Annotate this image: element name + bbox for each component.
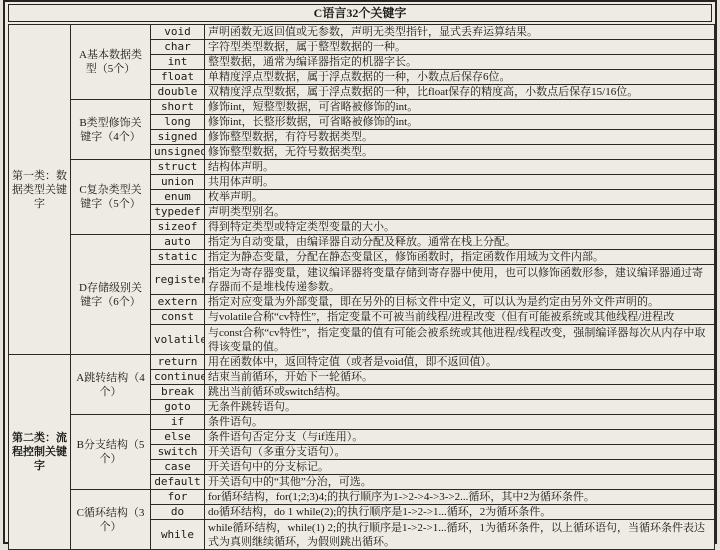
description-cell: 指定为寄存器变量，建议编译器将变量存储到寄存器中使用，也可以修饰函数形参，建议编… <box>205 265 715 295</box>
description-cell: 条件语句否定分支（与if连用）。 <box>205 430 715 445</box>
description-cell: 修饰int，长整形数据，可省略被修饰的int。 <box>205 115 715 130</box>
description-cell: 指定为静态变量，分配在静态变量区，修饰函数时，指定函数作用域为文件内部。 <box>205 250 715 265</box>
keyword-cell: char <box>151 40 205 55</box>
description-cell: 共用体声明。 <box>205 175 715 190</box>
keyword-cell: extern <box>151 295 205 310</box>
description-cell: 跳出当前循环或switch结构。 <box>205 385 715 400</box>
keyword-cell: register <box>151 265 205 295</box>
keyword-cell: else <box>151 430 205 445</box>
keyword-cell: if <box>151 415 205 430</box>
keyword-cell: break <box>151 385 205 400</box>
group-cell: A跳转结构（4个） <box>71 355 151 415</box>
document-page: C语言32个关键字 第一类：数据类型关键字A基本数据类型（5个）void声明函数… <box>3 0 717 544</box>
keyword-cell: do <box>151 505 205 520</box>
description-cell: for循环结构，for(1;2;3)4;的执行顺序为1->2->4->3->2.… <box>205 490 715 505</box>
description-cell: while循环结构，while(1) 2;的执行顺序是1->2->1...循环，… <box>205 520 715 550</box>
description-cell: 枚举声明。 <box>205 190 715 205</box>
description-cell: 结构体声明。 <box>205 160 715 175</box>
keyword-cell: double <box>151 85 205 100</box>
description-cell: 声明函数无返回值或无参数，声明无类型指针，显式丢弃运算结果。 <box>205 25 715 40</box>
keyword-cell: continue <box>151 370 205 385</box>
keyword-cell: static <box>151 250 205 265</box>
keyword-cell: union <box>151 175 205 190</box>
keyword-cell: auto <box>151 235 205 250</box>
table-row: C复杂类型关键字（5个）struct结构体声明。 <box>9 160 715 175</box>
keyword-cell: sizeof <box>151 220 205 235</box>
keyword-cell: float <box>151 70 205 85</box>
description-cell: 修饰整型数据，无符号数据类型。 <box>205 145 715 160</box>
description-cell: 得到特定类型或特定类型变量的大小。 <box>205 220 715 235</box>
description-cell: 指定为自动变量，由编译器自动分配及释放。通常在栈上分配。 <box>205 235 715 250</box>
description-cell: 结束当前循环，开始下一轮循环。 <box>205 370 715 385</box>
keyword-cell: case <box>151 460 205 475</box>
description-cell: 指定对应变量为外部变量，即在另外的目标文件中定义，可以认为是约定由另外文件声明的… <box>205 295 715 310</box>
table-row: D存储级别关键字（6个）auto指定为自动变量，由编译器自动分配及释放。通常在栈… <box>9 235 715 250</box>
keyword-cell: typedef <box>151 205 205 220</box>
description-cell: 双精度浮点型数据，属于浮点数据的一种，比float保存的精度高，小数点后保存15… <box>205 85 715 100</box>
description-cell: 开关语句中的分支标记。 <box>205 460 715 475</box>
keyword-cell: int <box>151 55 205 70</box>
description-cell: 单精度浮点型数据，属于浮点数据的一种，小数点后保存6位。 <box>205 70 715 85</box>
description-cell: do循环结构，do 1 while(2);的执行顺序是1->2->1...循环，… <box>205 505 715 520</box>
table-row: B类型修饰关键字（4个）short修饰int，短整型数据，可省略被修饰的int。 <box>9 100 715 115</box>
table-row: 第一类：数据类型关键字A基本数据类型（5个）void声明函数无返回值或无参数，声… <box>9 25 715 40</box>
group-cell: B类型修饰关键字（4个） <box>71 100 151 160</box>
description-cell: 整型数据，通常为编译器指定的机器字长。 <box>205 55 715 70</box>
keyword-cell: volatile <box>151 325 205 355</box>
keyword-cell: while <box>151 520 205 550</box>
keyword-cell: default <box>151 475 205 490</box>
table-row: B分支结构（5个）if条件语句。 <box>9 415 715 430</box>
description-cell: 用在函数体中，返回特定值（或者是void值，即不返回值）。 <box>205 355 715 370</box>
keyword-cell: long <box>151 115 205 130</box>
keyword-cell: signed <box>151 130 205 145</box>
keyword-cell: goto <box>151 400 205 415</box>
keyword-cell: void <box>151 25 205 40</box>
description-cell: 无条件跳转语句。 <box>205 400 715 415</box>
group-cell: B分支结构（5个） <box>71 415 151 490</box>
description-cell: 声明类型别名。 <box>205 205 715 220</box>
page-title: C语言32个关键字 <box>8 4 712 22</box>
table-row: 第二类：流程控制关键字A跳转结构（4个）return用在函数体中，返回特定值（或… <box>9 355 715 370</box>
group-cell: C循环结构（3个） <box>71 490 151 550</box>
keyword-cell: struct <box>151 160 205 175</box>
keyword-cell: return <box>151 355 205 370</box>
category-cell: 第一类：数据类型关键字 <box>9 25 71 355</box>
description-cell: 开关语句（多重分支语句）。 <box>205 445 715 460</box>
description-cell: 条件语句。 <box>205 415 715 430</box>
description-cell: 修饰int，短整型数据，可省略被修饰的int。 <box>205 100 715 115</box>
description-cell: 修饰整型数据，有符号数据类型。 <box>205 130 715 145</box>
keywords-table-body: 第一类：数据类型关键字A基本数据类型（5个）void声明函数无返回值或无参数，声… <box>9 25 715 550</box>
description-cell: 与volatile合称“cv特性”，指定变量不可被当前线程/进程改变（但有可能被… <box>205 310 715 325</box>
keyword-cell: switch <box>151 445 205 460</box>
description-cell: 开关语句中的“其他”分治，可选。 <box>205 475 715 490</box>
keyword-cell: unsigned <box>151 145 205 160</box>
keyword-cell: enum <box>151 190 205 205</box>
keywords-table: 第一类：数据类型关键字A基本数据类型（5个）void声明函数无返回值或无参数，声… <box>8 24 715 550</box>
category-cell: 第二类：流程控制关键字 <box>9 355 71 550</box>
group-cell: C复杂类型关键字（5个） <box>71 160 151 235</box>
description-cell: 字符型类型数据，属于整型数据的一种。 <box>205 40 715 55</box>
keyword-cell: short <box>151 100 205 115</box>
group-cell: A基本数据类型（5个） <box>71 25 151 100</box>
keyword-cell: const <box>151 310 205 325</box>
keyword-cell: for <box>151 490 205 505</box>
table-row: C循环结构（3个）forfor循环结构，for(1;2;3)4;的执行顺序为1-… <box>9 490 715 505</box>
description-cell: 与const合称“cv特性”，指定变量的值有可能会被系统或其他进程/线程改变，强… <box>205 325 715 355</box>
group-cell: D存储级别关键字（6个） <box>71 235 151 355</box>
